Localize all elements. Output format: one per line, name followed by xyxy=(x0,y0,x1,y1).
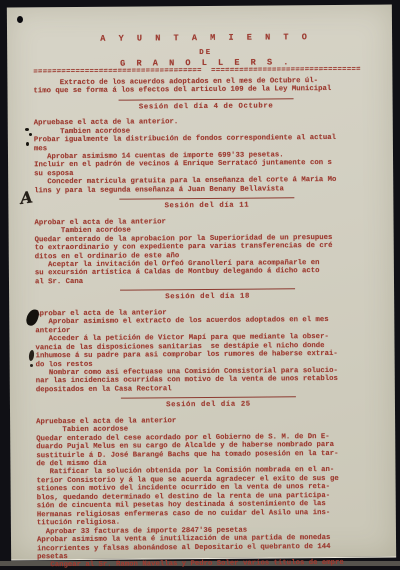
separator-rule xyxy=(120,289,295,291)
session-line: depositados en la Casa Rectoral xyxy=(36,383,381,394)
session-block: Sesión del día 11Aprobar el acta de la a… xyxy=(34,201,380,287)
session-title: Sesión del día 4 de Octubre xyxy=(34,101,379,112)
session-title: Sesión del día 11 xyxy=(34,201,379,212)
sessions-container: Sesión del día 4 de OctubreApruebase el … xyxy=(34,97,383,570)
session-title: Sesión del día 25 xyxy=(36,400,381,411)
ink-dot xyxy=(25,128,29,131)
separator-rule xyxy=(119,198,294,200)
session-block: Sesión del día 18Aprobar el acta de la a… xyxy=(35,292,381,395)
session-block: Sesión del día 25Apruebase el acta de la… xyxy=(36,400,382,570)
handwritten-annotation: A xyxy=(19,187,34,208)
session-block: Sesión del día 4 de OctubreApruebase el … xyxy=(34,101,380,195)
org-name: A Y U N T A M I E N T O xyxy=(33,33,378,44)
ink-dot xyxy=(26,142,29,146)
punch-hole xyxy=(17,16,23,23)
separator-rule xyxy=(119,98,294,100)
session-line: Cangear al Sr. Ramon Navellas y Pedro So… xyxy=(37,559,382,570)
scan-background: A Y U N T A M I E N T O DE G R A N O L L… xyxy=(0,0,400,570)
double-rule: ==================================== ===… xyxy=(33,66,378,77)
ink-speck xyxy=(30,364,33,367)
session-line: lins y para la segunda enseñanza á Juan … xyxy=(34,184,379,195)
document-content: A Y U N T A M I E N T O DE G R A N O L L… xyxy=(33,25,382,560)
ink-dot xyxy=(29,133,32,136)
session-title: Sesión del día 18 xyxy=(35,292,380,303)
separator-rule xyxy=(121,397,296,399)
document-paper: A Y U N T A M I E N T O DE G R A N O L L… xyxy=(7,4,396,560)
intro-line-2: timo que se forma á los efectos del arti… xyxy=(33,85,378,96)
